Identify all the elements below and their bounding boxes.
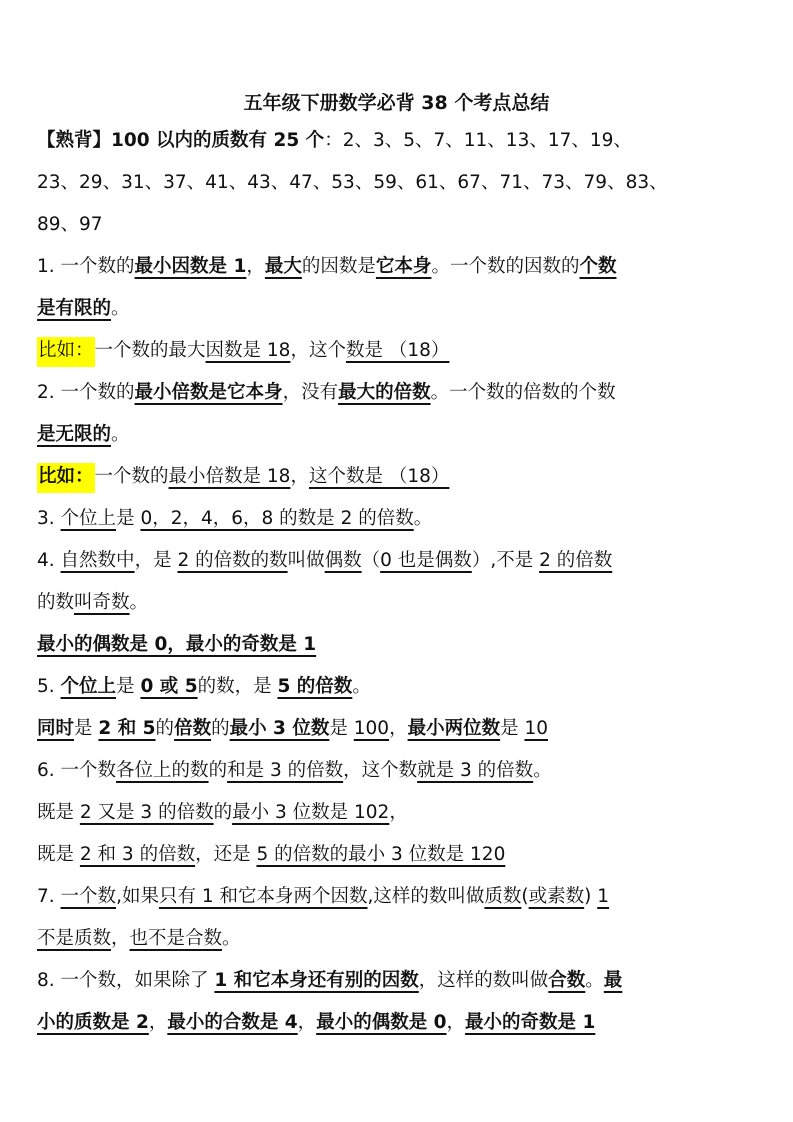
text-run: 【熟背】100 以内的质数有 25 个 — [37, 130, 324, 151]
key-point-text: 个位上 — [61, 676, 117, 697]
text-run: 是 — [116, 508, 140, 529]
key-point-text: 自然数中 — [61, 550, 135, 571]
key-point-text: 2 和 5 — [98, 718, 155, 739]
text-line: 89、97 — [37, 212, 763, 238]
text-run: 6. 一个数 — [37, 760, 116, 781]
text-line: 既是 2 又是 3 的倍数的最小 3 位数是 102， — [37, 800, 763, 826]
text-run: 。 — [222, 928, 241, 949]
key-point-text: 数是 （18） — [346, 340, 449, 361]
text-run: ，没有 — [283, 382, 339, 403]
text-line: 同时是 2 和 5的倍数的最小 3 位数是 100，最小两位数是 10 — [37, 716, 763, 742]
text-run: ( — [521, 886, 528, 907]
text-run: 叫做 — [288, 550, 325, 571]
key-point-text: 最小两位数 — [408, 718, 501, 739]
text-line: 4. 自然数中，是 2 的倍数的数叫做偶数（0 也是偶数）,不是 2 的倍数 — [37, 548, 763, 574]
text-line: 是无限的。 — [37, 422, 763, 448]
text-run: ，还是 — [195, 844, 256, 865]
text-run: 。 — [111, 298, 130, 319]
key-point-text: 同时 — [37, 718, 74, 739]
key-point-text: 最小倍数是它本身 — [135, 382, 283, 403]
text-run: ,如果 — [116, 886, 159, 907]
text-run: 既是 — [37, 844, 80, 865]
text-run: ，这个 — [290, 340, 346, 361]
text-line: 23、29、31、37、41、43、47、53、59、61、67、71、73、7… — [37, 170, 763, 196]
text-run: 的 — [211, 718, 230, 739]
key-point-text: 个数 — [579, 256, 616, 277]
text-run: ，是 — [135, 550, 178, 571]
text-line: 5. 个位上是 0 或 5的数，是 5 的倍数。 — [37, 674, 763, 700]
text-line: 6. 一个数各位上的数的和是 3 的倍数，这个数就是 3 的倍数。 — [37, 758, 763, 784]
key-point-text: 偶数 — [325, 550, 362, 571]
key-point-text: 最小的偶数是 0 — [316, 1012, 446, 1033]
key-point-text: 最小 3 位数 — [230, 718, 330, 739]
key-point-text: 小的质数是 2 — [37, 1012, 149, 1033]
text-run: ， — [246, 256, 265, 277]
text-run: ， — [389, 802, 408, 823]
text-run: 。 — [533, 760, 552, 781]
key-point-text: 和是 3 的倍数 — [227, 760, 343, 781]
key-point-text: 100 — [354, 718, 389, 739]
key-point-text: 各位上的数 — [116, 760, 209, 781]
key-point-text: 合数 — [548, 970, 585, 991]
document-page: 五年级下册数学必背 38 个考点总结 【熟背】100 以内的质数有 25 个：2… — [0, 0, 793, 1122]
text-run: 的 — [209, 760, 228, 781]
text-line: 7. 一个数,如果只有 1 和它本身两个因数,这样的数叫做质数(或素数) 1 — [37, 884, 763, 910]
text-line: 比如：一个数的最大因数是 18，这个数是 （18） — [37, 338, 763, 364]
text-run: 的因数是 — [302, 256, 376, 277]
key-point-text: 10 — [524, 718, 548, 739]
key-point-text: 2 又是 3 的倍数 — [80, 802, 214, 823]
text-run: 。 — [130, 592, 149, 613]
text-line: 小的质数是 2，最小的合数是 4，最小的偶数是 0，最小的奇数是 1 — [37, 1010, 763, 1036]
text-line: 的数叫奇数。 — [37, 590, 763, 616]
key-point-text: 因数是 18 — [206, 340, 291, 361]
text-run: ， — [111, 928, 130, 949]
text-run: 。 — [352, 676, 371, 697]
key-point-text: 0 或 5 — [140, 676, 197, 697]
highlighted-label: 比如： — [37, 463, 95, 493]
key-point-text: 5 的倍数 — [277, 676, 352, 697]
key-point-text: 5 的倍数的最小 3 位数是 120 — [256, 844, 505, 865]
text-line: 3. 个位上是 0，2，4，6，8 的数是 2 的倍数。 — [37, 506, 763, 532]
key-point-text: 最小 3 位数是 102 — [232, 802, 389, 823]
text-run: 是 — [116, 676, 140, 697]
text-run: 。 — [414, 508, 433, 529]
key-point-text: 只有 1 和它本身两个因数 — [159, 886, 368, 907]
text-run: ， — [447, 1012, 466, 1033]
text-run: ， — [290, 466, 309, 487]
text-run: 是 — [74, 718, 98, 739]
key-point-text: 最小因数是 1 — [135, 256, 247, 277]
text-run: ，这个数 — [343, 760, 417, 781]
key-point-text: 0，2，4，6，8 的数是 2 的倍数 — [140, 508, 413, 529]
text-run: 23、29、31、37、41、43、47、53、59、61、67、71、73、7… — [37, 172, 668, 193]
text-line: 2. 一个数的最小倍数是它本身，没有最大的倍数。一个数的倍数的个数 — [37, 380, 763, 406]
key-point-text: 最小倍数是 18 — [169, 466, 291, 487]
text-line: 最小的偶数是 0，最小的奇数是 1 — [37, 632, 763, 658]
text-run: ：2、3、5、7、11、13、17、19、 — [324, 130, 632, 151]
key-point-text: 最小的奇数是 1 — [465, 1012, 595, 1033]
key-point-text: 是有限的 — [37, 298, 111, 319]
key-point-text: 叫奇数 — [74, 592, 130, 613]
key-point-text: 是无限的 — [37, 424, 111, 445]
text-run: 。一个数的因数的 — [431, 256, 579, 277]
text-run: 是 — [500, 718, 524, 739]
key-point-text: 最小的合数是 4 — [167, 1012, 297, 1033]
key-point-text: 它本身 — [376, 256, 432, 277]
key-point-text: 就是 3 的倍数 — [417, 760, 533, 781]
text-run: 的数，是 — [198, 676, 278, 697]
key-point-text: 质数 — [484, 886, 521, 907]
text-line: 不是质数，也不是合数。 — [37, 926, 763, 952]
text-run: 8. 一个数，如果除了 — [37, 970, 214, 991]
text-run: 7. — [37, 886, 61, 907]
key-point-text: 最 — [604, 970, 623, 991]
text-run: ， — [149, 1012, 168, 1033]
key-point-text: 一个数 — [61, 886, 117, 907]
key-point-text: 0 也是偶数 — [380, 550, 472, 571]
text-run: ， — [298, 1012, 317, 1033]
text-run: 1. 一个数的 — [37, 256, 135, 277]
text-line: 是有限的。 — [37, 296, 763, 322]
text-run: （ — [362, 550, 381, 571]
page-title: 五年级下册数学必背 38 个考点总结 — [0, 88, 793, 115]
text-line: 比如：一个数的最小倍数是 18，这个数是 （18） — [37, 464, 763, 490]
text-run: ， — [389, 718, 408, 739]
key-point-text: 2 的倍数的数 — [177, 550, 287, 571]
key-point-text: 2 和 3 的倍数 — [80, 844, 195, 865]
text-run: 3. — [37, 508, 61, 529]
text-run: 是 — [329, 718, 353, 739]
text-run: 2. 一个数的 — [37, 382, 135, 403]
text-run: ,这样的数叫做 — [368, 886, 485, 907]
key-point-text: 倍数 — [174, 718, 211, 739]
key-point-text: 这个数是 （18） — [309, 466, 449, 487]
text-run: ）,不是 — [472, 550, 539, 571]
text-run: 。 — [585, 970, 604, 991]
text-run: 。 — [111, 424, 130, 445]
key-point-text: 最大 — [265, 256, 302, 277]
text-run: 。一个数的倍数的个数 — [431, 382, 616, 403]
text-run: ，这样的数叫做 — [419, 970, 549, 991]
text-run: ) — [584, 886, 597, 907]
text-run: 5. — [37, 676, 61, 697]
text-run: 4. — [37, 550, 61, 571]
text-line: 1. 一个数的最小因数是 1，最大的因数是它本身。一个数的因数的个数 — [37, 254, 763, 280]
text-line: 既是 2 和 3 的倍数，还是 5 的倍数的最小 3 位数是 120 — [37, 842, 763, 868]
text-run: 既是 — [37, 802, 80, 823]
key-point-text: 个位上 — [61, 508, 117, 529]
key-point-text: 最大的倍数 — [338, 382, 431, 403]
key-point-text: 最小的偶数是 0，最小的奇数是 1 — [37, 634, 316, 655]
text-run: 一个数的 — [95, 466, 169, 487]
text-run: 的 — [214, 802, 233, 823]
key-point-text: 不是质数 — [37, 928, 111, 949]
key-point-text: 也不是合数 — [130, 928, 223, 949]
key-point-text: 1 — [597, 886, 609, 907]
key-point-text: 2 的倍数 — [539, 550, 612, 571]
key-point-text: 或素数 — [529, 886, 585, 907]
text-run: 一个数的最大 — [95, 340, 206, 361]
text-line: 【熟背】100 以内的质数有 25 个：2、3、5、7、11、13、17、19、 — [37, 128, 763, 154]
text-run: 的 — [156, 718, 175, 739]
text-run: 89、97 — [37, 214, 103, 235]
key-point-text: 1 和它本身还有别的因数 — [214, 970, 418, 991]
text-line: 8. 一个数，如果除了 1 和它本身还有别的因数，这样的数叫做合数。最 — [37, 968, 763, 994]
text-run: 的数 — [37, 592, 74, 613]
highlighted-label: 比如： — [37, 337, 95, 367]
